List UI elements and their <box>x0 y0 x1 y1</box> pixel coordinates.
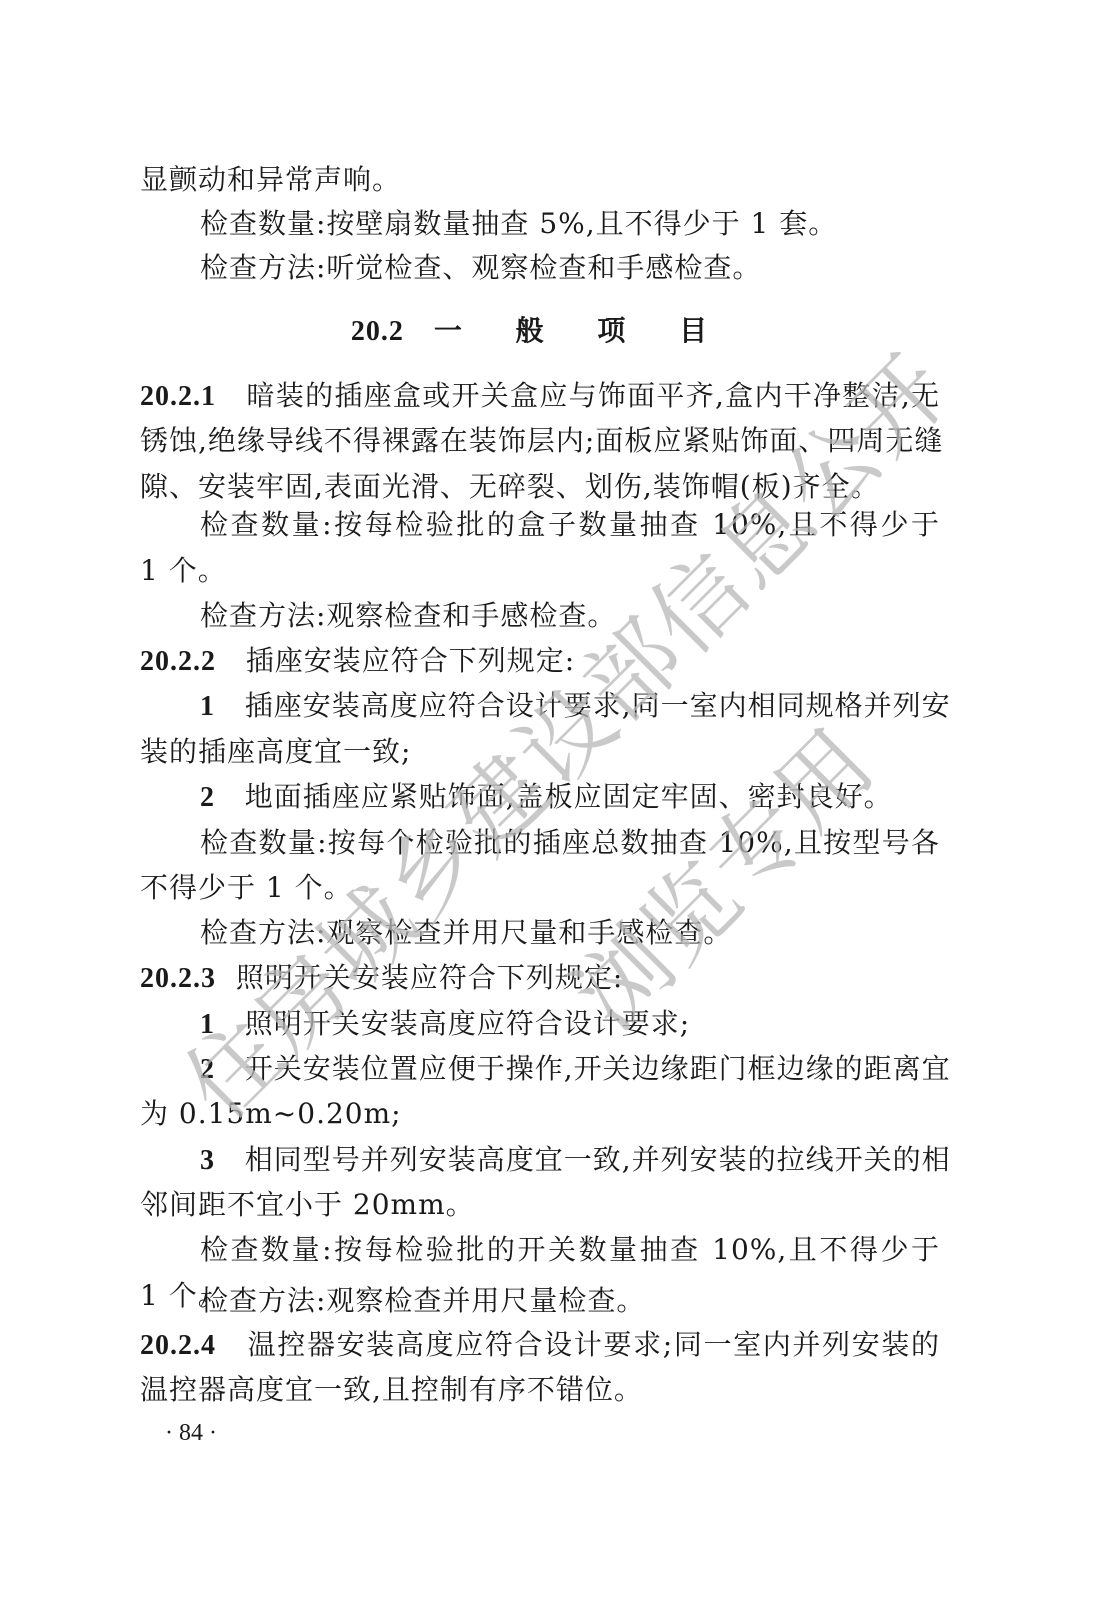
clause-title: 插座安装应符合下列规定: <box>246 644 575 677</box>
clause-text-line: 锈蚀,绝缘导线不得裸露在装饰层内;面板应紧贴饰面、四周无缝 <box>140 424 940 458</box>
paragraph-continuation: 显颤动和异常声响。 <box>140 163 940 197</box>
clause-number: 20.2.3 <box>140 963 216 994</box>
inspection-quantity: 检查数量:按每检验批的开关数量抽查 10%,且不得少于 <box>200 1233 940 1267</box>
inspection-quantity: 检查数量:按每检验批的盒子数量抽查 10%,且不得少于 <box>200 508 940 542</box>
inspection-quantity: 检查数量:按每个检验批的插座总数抽查 10%,且按型号各 <box>200 826 940 860</box>
item-text-cont: 为 0.15m~0.20m; <box>140 1097 940 1131</box>
inspection-method: 检查方法:观察检查和手感检查。 <box>200 599 940 633</box>
list-item-3: 3 相同型号并列安装高度宜一致,并列安装的拉线开关的相 <box>200 1143 940 1178</box>
item-text-cont: 装的插座高度宜一致; <box>140 735 940 769</box>
item-number: 3 <box>200 1145 215 1176</box>
inspection-method: 检查方法:观察检查并用尺量检查。 <box>200 1284 940 1318</box>
item-text: 地面插座应紧贴饰面,盖板应固定牢固、密封良好。 <box>245 780 893 813</box>
clause-20-2-2: 20.2.2 插座安装应符合下列规定: <box>140 644 940 679</box>
list-item-2: 2 地面插座应紧贴饰面,盖板应固定牢固、密封良好。 <box>200 780 940 815</box>
document-page: 显颤动和异常声响。 检查数量:按壁扇数量抽查 5%,且不得少于 1 套。 检查方… <box>0 0 1102 1598</box>
item-number: 1 <box>200 691 215 722</box>
clause-20-2-1: 20.2.1 暗装的插座盒或开关盒应与饰面平齐,盒内干净整洁,无 <box>140 379 940 414</box>
clause-number: 20.2.4 <box>140 1330 216 1361</box>
inspection-method: 检查方法:听觉检查、观察检查和手感检查。 <box>200 251 940 285</box>
clause-text: 温控器安装高度应符合设计要求;同一室内并列安装的 <box>248 1328 940 1361</box>
clause-title: 照明开关安装应符合下列规定: <box>236 961 623 994</box>
list-item-2: 2 开关安装位置应便于操作,开关边缘距门框边缘的距离宜 <box>200 1052 940 1087</box>
item-number: 2 <box>200 782 215 813</box>
clause-20-2-4: 20.2.4 温控器安装高度应符合设计要求;同一室内并列安装的 <box>140 1328 940 1363</box>
section-number: 20.2 <box>351 316 404 347</box>
clause-text-line: 隙、安装牢固,表面光滑、无碎裂、划伤,装饰帽(板)齐全。 <box>140 470 940 504</box>
page-number: · 84 · <box>165 1420 217 1447</box>
clause-20-2-3: 20.2.3 照明开关安装应符合下列规定: <box>140 961 940 996</box>
item-number: 1 <box>200 1009 215 1040</box>
list-item-1: 1 照明开关安装高度应符合设计要求; <box>200 1007 940 1042</box>
item-text: 照明开关安装高度应符合设计要求; <box>245 1007 690 1040</box>
item-text: 插座安装高度应符合设计要求,同一室内相同规格并列安 <box>245 689 951 722</box>
item-text: 相同型号并列安装高度宜一致,并列安装的拉线开关的相 <box>245 1143 951 1176</box>
section-title: 一 般 项 目 <box>434 314 729 347</box>
clause-number: 20.2.2 <box>140 646 216 677</box>
item-text: 开关安装位置应便于操作,开关边缘距门框边缘的距离宜 <box>245 1052 951 1085</box>
clause-text-line: 温控器高度宜一致,且控制有序不错位。 <box>140 1373 940 1407</box>
inspection-quantity-cont: 1 个。 <box>140 554 940 588</box>
item-text-cont: 邻间距不宜小于 20mm。 <box>140 1188 940 1222</box>
item-number: 2 <box>200 1054 215 1085</box>
clause-number: 20.2.1 <box>140 381 216 412</box>
inspection-quantity: 检查数量:按壁扇数量抽查 5%,且不得少于 1 套。 <box>200 207 940 241</box>
inspection-method: 检查方法:观察检查并用尺量和手感检查。 <box>200 916 940 950</box>
section-heading: 20.2一 般 项 目 <box>140 314 940 349</box>
clause-text: 暗装的插座盒或开关盒应与饰面平齐,盒内干净整洁,无 <box>247 379 940 412</box>
inspection-quantity-cont: 不得少于 1 个。 <box>140 871 940 905</box>
list-item-1: 1 插座安装高度应符合设计要求,同一室内相同规格并列安 <box>200 689 940 724</box>
